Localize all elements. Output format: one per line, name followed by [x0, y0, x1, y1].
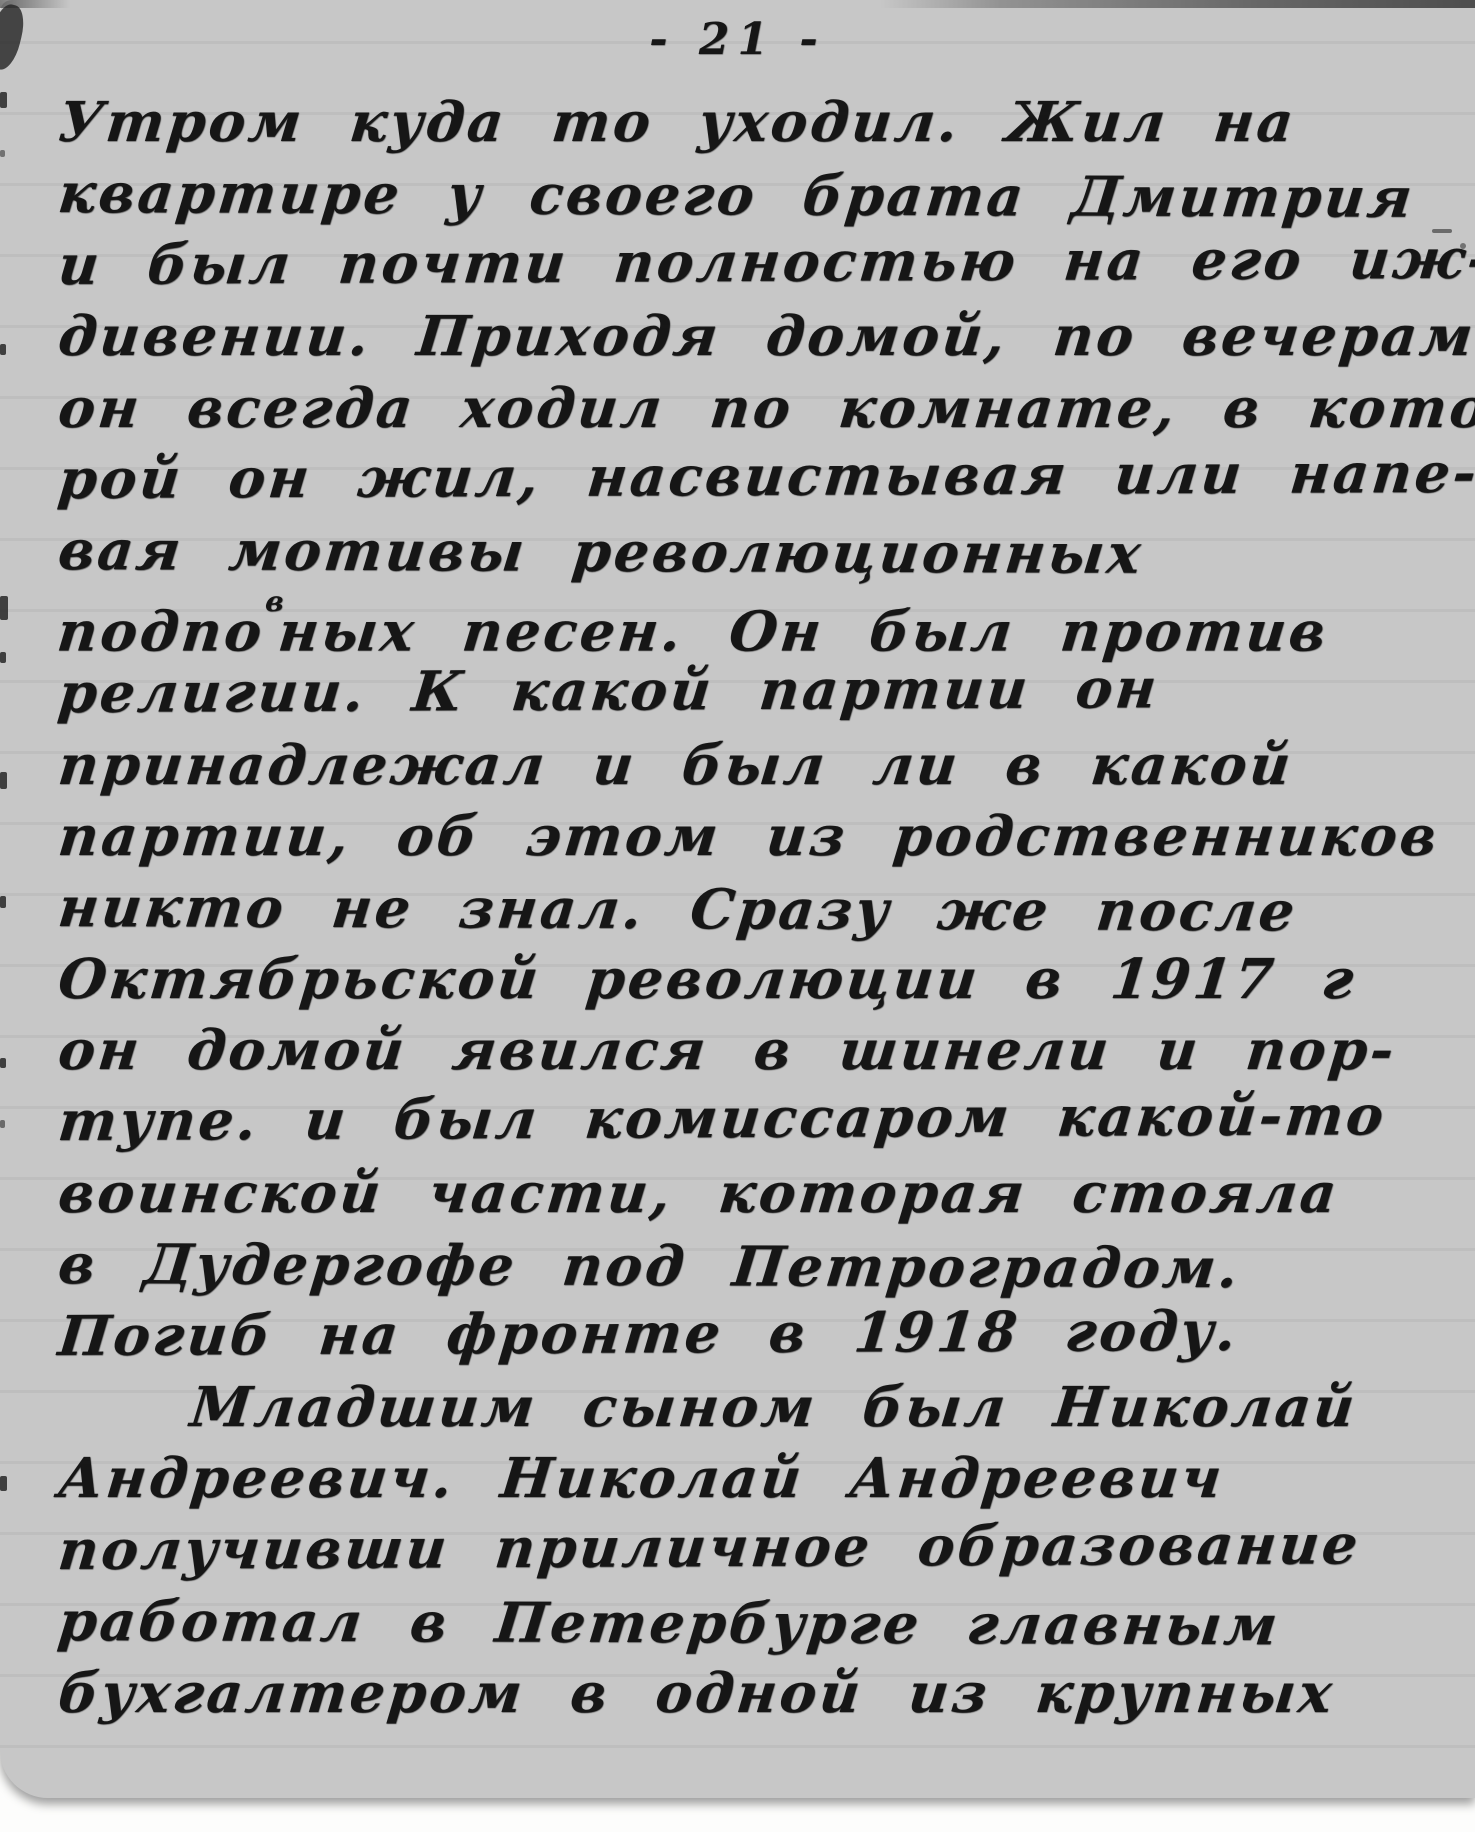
scan-speck	[0, 92, 7, 108]
scanned-document: - 21 - Утром куда то уходил. Жил накварт…	[0, 0, 1475, 1832]
scan-speck	[1432, 229, 1452, 233]
handwriting-lines: Утром куда то уходил. Жил наквартире у с…	[58, 86, 1426, 1728]
handwritten-line: Утром куда то уходил. Жил на	[55, 86, 1431, 157]
handwritten-line: Младшим сыном был Николай	[55, 1371, 1431, 1442]
handwritten-line: Погиб на фронте в 1918 году.	[55, 1294, 1430, 1371]
handwritten-line: Андреевич. Николай Андреевич	[55, 1442, 1431, 1513]
scan-speck	[0, 652, 6, 663]
page-number: - 21 -	[0, 14, 1475, 65]
manuscript-page: - 21 - Утром куда то уходил. Жил накварт…	[0, 0, 1475, 1798]
handwritten-line: в Дудергофе под Петроградом.	[55, 1228, 1431, 1304]
inserted-letter: в	[264, 585, 286, 618]
handwritten-line: работал в Петербурге главным	[55, 1585, 1431, 1661]
scan-speck	[0, 1476, 7, 1491]
handwritten-line: религии. К какой партии он	[55, 651, 1430, 728]
handwritten-line: вая мотивы революционных	[55, 514, 1431, 590]
scan-speck	[0, 1058, 6, 1068]
handwritten-line: подповных песен. Он был против	[55, 586, 1431, 657]
scan-speck	[0, 896, 6, 908]
handwritten-line: получивши приличное образование	[55, 1508, 1430, 1585]
scan-speck	[0, 344, 6, 355]
scan-artifact-top-edge	[0, 0, 1475, 8]
handwritten-line: партии, об этом из родственников	[55, 800, 1431, 871]
handwritten-line: и был почти полностью на его иж-	[55, 223, 1430, 300]
scan-speck	[0, 596, 8, 620]
handwritten-line: бухгалтером в одной из крупных	[55, 1657, 1431, 1728]
handwritten-line: Октябрьской революции в 1917 г	[55, 943, 1431, 1014]
handwritten-line: тупе. и был комиссаром какой-то	[55, 1079, 1430, 1156]
handwritten-line: воинской части, которая стояла	[55, 1157, 1431, 1228]
handwritten-line: рой он жил, насвистывая или напе-	[55, 437, 1430, 514]
handwritten-line: он всегда ходил по комнате, в кото-	[55, 372, 1431, 443]
handwritten-line: он домой явился в шинели и пор-	[55, 1014, 1431, 1085]
scan-speck	[0, 772, 7, 789]
scan-speck	[0, 150, 5, 157]
scan-speck	[1460, 243, 1466, 249]
handwritten-line: никто не знал. Сразу же после	[55, 871, 1431, 947]
handwritten-line: дивении. Приходя домой, по вечерам	[55, 300, 1431, 371]
handwritten-line: принадлежал и был ли в какой	[55, 729, 1431, 800]
handwritten-line: квартире у своего брата Дмитрия	[55, 157, 1431, 233]
scan-speck	[0, 1120, 5, 1128]
